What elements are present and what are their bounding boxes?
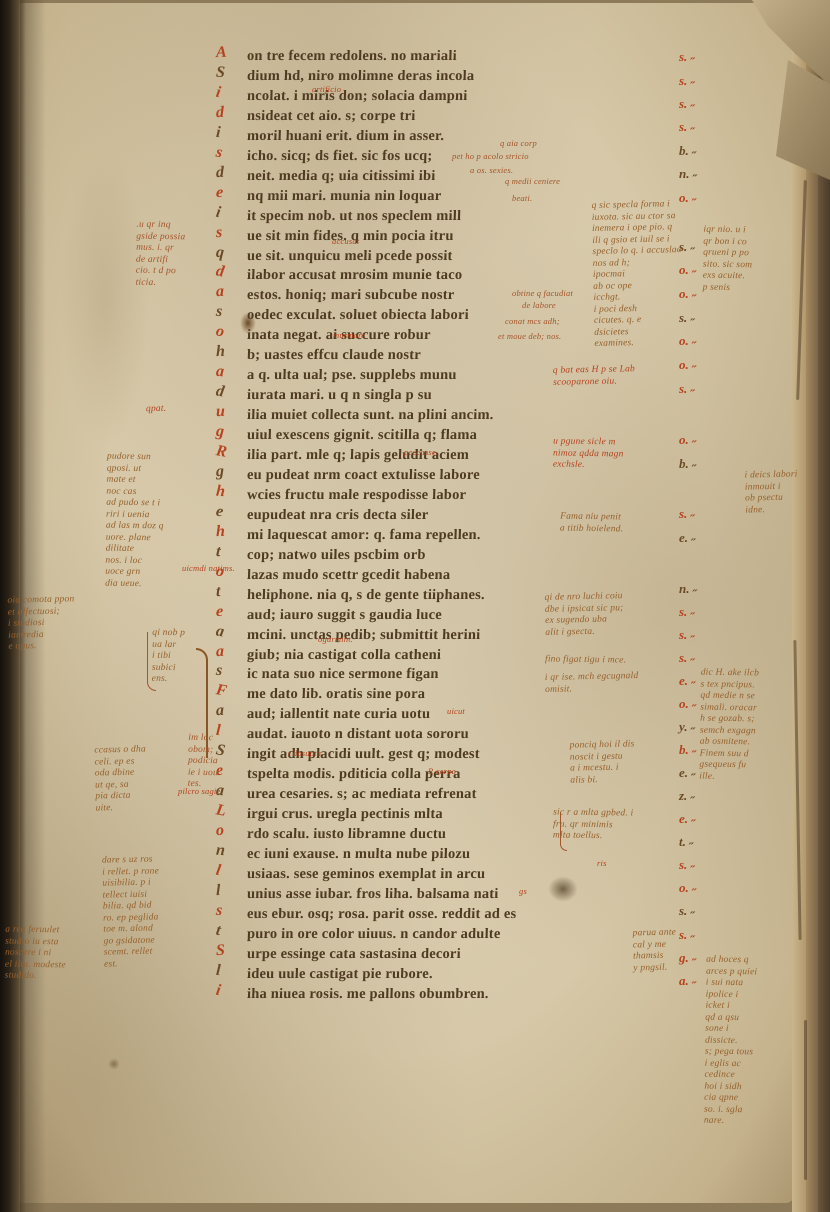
gloss-line: dare s uz ros (102, 854, 159, 867)
gloss-line: qrueni p po (703, 248, 752, 260)
verse-initial: s (215, 902, 222, 920)
gloss-line: sito. sic som (703, 259, 752, 271)
verse-line: moril huani erit. dium in asser. (247, 126, 445, 146)
verse-line: nq mii mari. munia nin loquar (247, 186, 442, 206)
gloss-line: ipolice i (706, 989, 757, 1001)
line-ending-letter: s. ˶ (679, 927, 695, 943)
interlinear-note: artificio (312, 84, 341, 94)
verse-initial: g (216, 463, 225, 481)
gloss-line: .u qr inq (136, 220, 185, 232)
verse-initial: d (216, 164, 225, 182)
marginal-gloss: q sic specla forma iiuxota. sic au ctor … (591, 199, 683, 350)
verse-line: a q. ulta ual; pse. supplebs munu (247, 365, 457, 385)
gloss-line: qd a qsu (705, 1012, 756, 1024)
verse-line: dium hd, niro molimne deras incola (247, 66, 475, 86)
gloss-line: ab osmitene. (700, 737, 759, 749)
interlinear-note: q medii ceniere (505, 176, 560, 186)
gloss-line: simali. oracar (700, 702, 759, 714)
marginal-gloss: parua antecal y methamsisy pngsil. (633, 928, 677, 975)
verse-line: mi laquescat amor: q. fama repellen. (247, 525, 481, 545)
marginal-gloss: ad hoces qarces p quieii sui nataipolice… (704, 955, 758, 1128)
marginal-gloss: dare s uz rosi rellet. p roneuisibilia. … (102, 854, 161, 970)
fore-edge-pages (806, 0, 818, 1212)
verse-line: ec iuni exause. n multa nube pilozu (247, 844, 471, 864)
gloss-line: qr bon i co (703, 236, 752, 248)
verse-line: ilabor accusat mrosim munie taco (247, 265, 463, 285)
gloss-line: dic H. ake ilcb (701, 668, 760, 680)
gloss-line: dia ueue. (105, 578, 163, 590)
verse-line: audat. iauoto n distant uota sororu (247, 724, 470, 744)
interlinear-note: gs (519, 886, 527, 896)
gloss-line: qi nob p (152, 628, 185, 640)
verse-initial: s (216, 223, 223, 241)
gloss-line: Finem suu d (700, 748, 759, 760)
verse-line: puro in ore color uiuus. n candor adulte (247, 924, 501, 944)
gloss-line: dbe i ipsicat sic pu; (545, 603, 624, 616)
spot-stain (108, 1058, 120, 1070)
gloss-line: q bat eas H p se Lab (553, 364, 635, 377)
line-ending-letter: s. ˶ (679, 119, 695, 135)
gloss-line: i tibi (152, 651, 185, 663)
gloss-line: scemt. rellet (104, 946, 161, 959)
verse-line: lazas mudo scettr gcedit habena (247, 565, 451, 585)
gloss-line: uite. (95, 802, 147, 815)
gloss-line: i qr ise. mch egcugnald (545, 671, 639, 684)
line-ending-letter: e. ˶ (679, 765, 696, 781)
verse-line: me dato lib. oratis sine pora (247, 684, 426, 704)
ink-stain (548, 876, 578, 902)
verse-initial: s (215, 303, 222, 321)
marginal-gloss: qi nob pua lari tibisubiciens. (152, 628, 186, 686)
gloss-line: dilitate (106, 544, 164, 556)
verse-initial: l (216, 882, 221, 900)
verse-line: eus ebur. osq; rosa. parit osse. reddit … (247, 904, 517, 924)
gloss-line: noc cas (106, 486, 164, 498)
gloss-line: studio iu esta (5, 936, 66, 948)
marginal-gloss: sic r a mlta gpbed. ifru. qr minimismlta… (553, 807, 634, 843)
fore-edge-dark (818, 0, 830, 1212)
gloss-line: el iltu. modeste (5, 959, 66, 971)
gloss-line: ie i uou (188, 767, 218, 779)
interlinear-note: beati. (512, 193, 532, 203)
line-ending-letter: s. ˶ (679, 903, 695, 919)
gloss-line: scooparone oiu. (553, 376, 635, 389)
gloss-line: uoce grn (105, 567, 163, 579)
verse-line: urpe essinge cata sastasina decori (247, 944, 462, 964)
verse-line: oedec exculat. soluet obiecta labori (247, 305, 470, 325)
verse-line: icho. sicq; ds fiet. sic fos ucq; (247, 146, 433, 166)
interlinear-note: murmare (333, 330, 365, 340)
marginal-gloss: i qr ise. mch egcugnaldomisit. (545, 671, 639, 696)
gloss-line: nimoz qdda magn (553, 448, 624, 460)
verse-line: giub; nia castigat colla catheni (247, 645, 442, 665)
interlinear-note: ris (597, 858, 607, 868)
gloss-line: parua ante (633, 928, 677, 940)
gloss-line: cal y me (633, 939, 677, 951)
verse-line: b; uastes effcu claude nostr (247, 345, 422, 365)
gloss-line: mus. i. qr (136, 243, 185, 255)
interlinear-note: accusat (332, 236, 359, 246)
verse-line: ingit adh placidi uult. gest q; modest (247, 744, 480, 764)
gloss-line: cio. t d po (136, 266, 185, 278)
interlinear-note: pet ho p acolo stricio (452, 151, 529, 161)
gloss-line: uisibilia. p i (102, 877, 159, 890)
gloss-line: Fama niu penit (560, 512, 623, 524)
marginal-gloss: qpat. (146, 404, 167, 416)
gloss-line: arces p quiei (706, 966, 757, 978)
verse-initial: d (216, 104, 225, 122)
verse-initial: t (216, 583, 221, 601)
verse-line: aud; iauro suggit s gaudia luce (247, 605, 443, 625)
gloss-line: exs acuite. (703, 271, 752, 283)
gloss-line: qpat. (146, 404, 167, 416)
gloss-line: iqr nio. u i (703, 225, 752, 237)
gloss-line: alit i gsecta. (545, 626, 624, 639)
verse-line: ideu uule castigat pie rubore. (247, 964, 433, 984)
marginal-gloss: ccasus o dhaceli. ep esoda dbineut qe, s… (94, 744, 147, 814)
marginal-gloss: .u qr inqgside possiamus. i. qrde artifi… (136, 220, 186, 290)
gloss-line: exchsle. (553, 460, 624, 472)
verse-initial: n (215, 842, 225, 861)
line-ending-letter: s. ˶ (679, 49, 695, 65)
gloss-line: s tex pncipus. (700, 679, 759, 691)
interlinear-note: obtine q facudiat (512, 288, 573, 298)
verse-line: rdo scalu. iusto libramne ductu (247, 824, 447, 844)
line-ending-letter: y. ˶ (679, 719, 695, 735)
verse-line: usiaas. sese geminos exemplat in arcu (247, 864, 486, 884)
gloss-line: e opus. (8, 640, 75, 653)
verse-initial: q (215, 243, 224, 262)
marginal-gloss: q bat eas H p se Labscooparone oiu. (553, 364, 636, 389)
verse-initial: a (216, 702, 225, 720)
verse-initial: S (215, 64, 225, 83)
gloss-line: omisit. (545, 683, 639, 696)
line-ending-letter: e. ˶ (679, 530, 696, 546)
verse-initial: h (216, 343, 226, 361)
line-ending-letter: e. ˶ (679, 811, 696, 827)
gloss-line: studido. (5, 971, 66, 983)
marginal-gloss: oia comota pponet affectuosi;i studiosii… (7, 594, 75, 653)
line-ending-letter: z. ˶ (679, 788, 695, 804)
marginal-gloss: ponciq hoi il disnoscit i gestua i mcest… (570, 739, 636, 786)
gloss-line: p senis (703, 282, 752, 294)
gloss-line: fino figat tigu i mce. (545, 654, 626, 667)
gloss-line: ad las m doz q (106, 521, 164, 533)
verse-line: wcies fructu male respodisse labor (247, 485, 467, 505)
gloss-line: thamsis (633, 951, 677, 963)
parchment-discoloration (60, 150, 150, 450)
gloss-line: ua lar (152, 639, 185, 651)
gloss-line: s; pega tous (705, 1047, 756, 1059)
line-ending-letter: o. ˶ (679, 696, 696, 712)
verse-line: ncolat. i miris don; solacia dampni (247, 86, 468, 106)
gloss-line: examines. (594, 337, 684, 350)
gloss-line: i deics labori (745, 469, 798, 482)
line-ending-letter: s. ˶ (679, 627, 695, 643)
gloss-line: riri i uenia (106, 509, 164, 521)
gloss-line: ponciq hoi il dis (570, 739, 635, 752)
gloss-line: ad pudo se t i (106, 498, 164, 510)
interlinear-note: uicut (447, 706, 465, 716)
gloss-line: ticia. (136, 277, 185, 289)
verse-line: iurata mari. u q n singla p su (247, 385, 433, 405)
interlinear-note: t dosupta (288, 748, 321, 758)
gloss-line: noscere i ni (5, 948, 66, 960)
gloss-line: mlta toellus. (553, 830, 633, 843)
line-ending-letter: a. ˶ (679, 973, 696, 989)
verse-line: eu pudeat nrm coact extulisse labore (247, 465, 481, 485)
marginal-gloss: u pgune sicle mnimoz qdda magnexchsle. (553, 437, 624, 472)
gloss-line: est. (104, 958, 161, 971)
line-ending-letter: s. ˶ (679, 506, 695, 522)
gloss-line: gside possia (136, 231, 185, 243)
verse-line: ilia muiet collecta sunt. na plini ancim… (247, 405, 494, 425)
gloss-line: u pgune sicle m (553, 437, 624, 449)
line-ending-letter: b. ˶ (679, 143, 696, 159)
gloss-line: idne. (745, 504, 798, 517)
line-ending-letter: s. ˶ (679, 650, 695, 666)
line-ending-letter: s. ˶ (679, 96, 695, 112)
interlinear-note: a os. sexies. (470, 165, 513, 175)
gloss-line: gsequeus fu (699, 760, 758, 772)
verse-initial: A (216, 44, 227, 62)
line-ending-letter: o. ˶ (679, 880, 696, 896)
line-ending-letter: g. ˶ (679, 950, 696, 966)
gloss-line: subici (152, 662, 185, 674)
gloss-line: y pngsil. (633, 962, 677, 974)
verse-initial: e (215, 183, 223, 201)
gloss-line: alis bi. (570, 774, 635, 787)
manuscript-photo: ASidisdeisqdasohadugRghehtoteaasFalSeaLo… (0, 0, 830, 1212)
interlinear-note: de labore (522, 300, 556, 310)
line-ending-letter: s. ˶ (679, 73, 695, 89)
gloss-line: qposi. ut (107, 463, 165, 475)
gloss-line: cedince (704, 1070, 755, 1082)
gloss-line: ille. (699, 771, 758, 783)
gloss-line: ens. (152, 674, 185, 686)
verse-initial: a (216, 283, 225, 301)
verse-initial: s (215, 662, 222, 680)
marginal-gloss: Fama niu penita titib hoielend. (560, 512, 624, 536)
marginal-gloss: fino figat tigu i mce. (545, 654, 626, 667)
verse-line: unius asse iubar. fros liha. balsama nat… (247, 884, 499, 904)
gloss-line: i eglis ac (705, 1058, 756, 1070)
gloss-line: dissicte. (705, 1035, 756, 1047)
gloss-line: h se gozab. s; (700, 714, 759, 726)
verse-line: cop; natwo uiles pscbim orb (247, 545, 426, 565)
marginal-gloss: i deics laboriinmouit iob psectuidne. (745, 469, 799, 516)
line-ending-letter: s. ˶ (679, 857, 695, 873)
marginal-gloss: iqr nio. u iqr bon i coqrueni p posito. … (703, 225, 753, 295)
marginal-gloss: im locobom;podiciaie i uoutes. (188, 733, 219, 791)
interlinear-note: peccasse. (404, 447, 438, 457)
line-ending-letter: t. ˶ (679, 834, 693, 850)
verse-line: nsideat cet aio. s; corpe tri (247, 106, 416, 126)
gloss-line: icket i (705, 1001, 756, 1013)
marginal-gloss: qi de nro luchi coiudbe i ipsicat sic pu… (545, 591, 625, 639)
gloss-line: podicia (188, 756, 218, 768)
verse-line: on tre fecem redolens. no mariali (247, 46, 458, 66)
verse-line: irgui crus. uregla pectinis mlta (247, 804, 444, 824)
gloss-line: im loc (188, 733, 218, 745)
gloss-line: qd medie n se (700, 691, 759, 703)
verse-line: mcini. unctas pedib; submittit herini (247, 625, 481, 645)
page-edge-line (804, 1020, 807, 1180)
gloss-line: toe m. alond (103, 923, 160, 936)
interlinear-note: q aia corp (500, 138, 537, 148)
marginal-gloss: dic H. ake ilcbs tex pncipus.qd medie n … (699, 668, 759, 784)
gloss-line: oia comota ppon (7, 594, 74, 607)
gloss-line: speclo lo q. i accuslao (592, 245, 682, 258)
gloss-line: ad hoces q (706, 955, 757, 967)
gloss-line: hoi i sidh (704, 1081, 755, 1093)
verse-line: uiul exescens gignit. scitilla q; flama (247, 425, 478, 445)
marginal-gloss: pudore sunqposi. utmate etnoc casad pudo… (105, 452, 165, 591)
interlinear-note: conat mcs adh; (505, 316, 560, 326)
gloss-line: ccasus o dha (94, 744, 146, 757)
verse-line: heliphone. nia q, s de gente tiiphanes. (247, 585, 486, 605)
line-ending-letter: n. ˶ (679, 581, 697, 597)
gloss-line: a titib hoielend. (560, 523, 623, 535)
verse-line: estos. honiq; mari subcube nostr (247, 285, 455, 305)
line-ending-letter: o. ˶ (679, 357, 696, 373)
verse-initial: o (216, 822, 225, 840)
gloss-line: pudore sun (107, 452, 165, 464)
verse-line: aud; iallentit nate curia uotu (247, 704, 431, 724)
verse-line: it specim nob. ut nos speclem mill (247, 206, 462, 226)
gloss-line: mate et (106, 475, 164, 487)
gloss-line: so. i. sgla (704, 1104, 755, 1116)
verse-initial: a (215, 363, 224, 382)
line-ending-letter: n. ˶ (679, 166, 697, 182)
gloss-line: semch exgagn (700, 725, 759, 737)
gloss-line: uore. plane (106, 532, 164, 544)
verse-initial: u (216, 403, 226, 421)
gloss-line: sic r a mlta gpbed. i (553, 807, 633, 820)
gloss-line: bilia. qd bid (103, 900, 160, 913)
verse-line: neit. media q; uia citissimi ibi (247, 166, 436, 186)
interlinear-note: et moue deb; nos. (498, 331, 561, 341)
gloss-line: de artifi (136, 254, 185, 266)
gloss-line: obom; (188, 744, 218, 756)
verse-line: ue sit. unquicu meli pcede possit (247, 246, 453, 266)
line-ending-letter: o. ˶ (679, 432, 696, 448)
verse-line: eupudeat nra cris decta siler (247, 505, 429, 525)
line-ending-letter: b. ˶ (679, 456, 696, 472)
interlinear-note: uicmdi natims. (182, 563, 235, 573)
marginal-gloss: a rea feruuletstudio iu estanoscere i ni… (5, 925, 67, 983)
line-ending-letter: o. ˶ (679, 190, 696, 206)
verse-initial: h (215, 483, 225, 502)
verse-line: urea cesaries. s; ac mediata refrenat (247, 784, 477, 804)
verse-initial: h (216, 523, 226, 541)
gloss-line: i sui nata (706, 978, 757, 990)
line-ending-letter: s. ˶ (679, 381, 695, 397)
gloss-line: a rea feruulet (5, 925, 66, 937)
line-ending-letter: b. ˶ (679, 742, 696, 758)
interlinear-note: ogurmint. (318, 634, 353, 644)
gloss-line: cia qpne (704, 1093, 755, 1105)
interlinear-note: R cerpo (428, 766, 456, 776)
gloss-line: sone i (705, 1024, 756, 1036)
gloss-line: nare. (704, 1116, 755, 1128)
line-ending-letter: e. ˶ (679, 673, 696, 689)
verse-initial: a (216, 642, 225, 660)
gloss-line: qi de nro luchi coiu (545, 591, 624, 604)
verse-line: ic nata suo nice sermone figan (247, 664, 439, 684)
gloss-line: nos. i loc (105, 555, 163, 567)
line-ending-letter: s. ˶ (679, 604, 695, 620)
gloss-line: tes. (188, 779, 218, 791)
verse-line: iha niuea rosis. me pallons obumbren. (247, 984, 489, 1004)
verse-initial: e (215, 602, 223, 620)
verse-initial: g (215, 423, 224, 442)
verse-initial: S (216, 942, 226, 960)
